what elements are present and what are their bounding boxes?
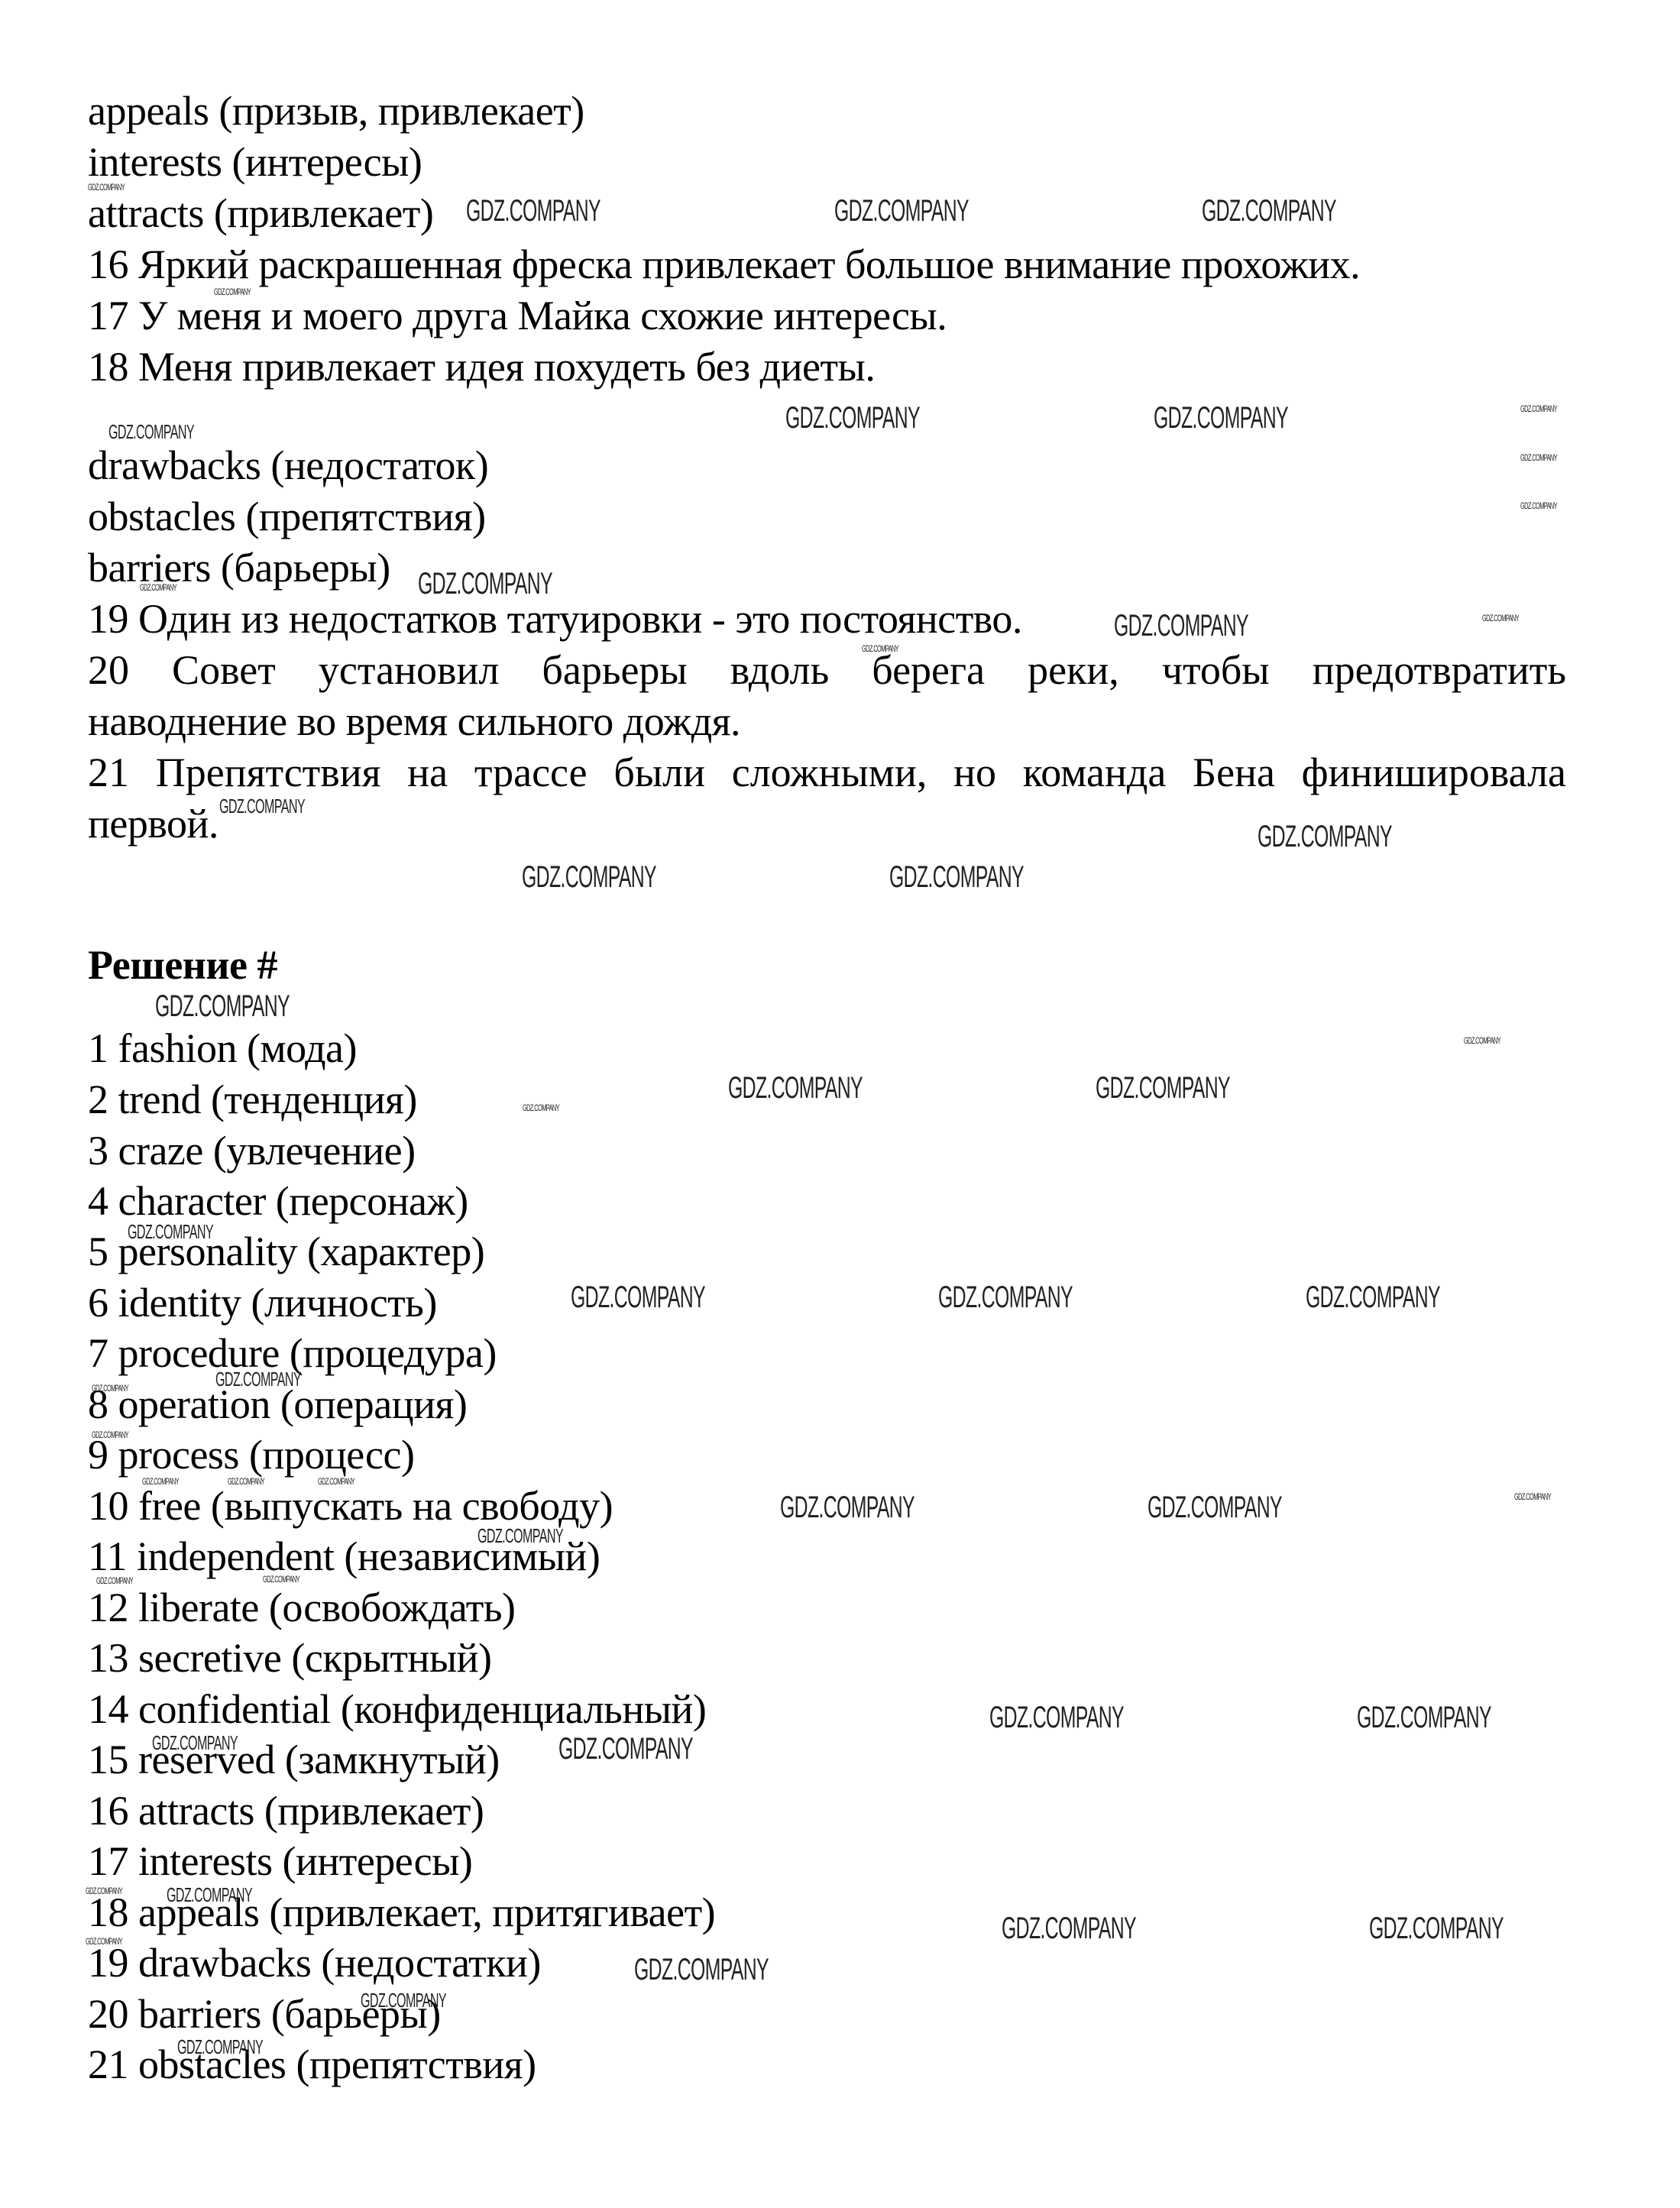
answer-line: 16 attracts (привлекает) — [88, 1786, 484, 1836]
watermark: GDZ.COMPANY — [318, 1476, 354, 1487]
watermark: GDZ.COMPANY — [142, 1476, 179, 1487]
watermark: GDZ.COMPANY — [1306, 1280, 1440, 1315]
document-page: appeals (призыв, привлекает) interests (… — [0, 0, 1680, 2208]
watermark: GDZ.COMPANY — [1482, 613, 1519, 623]
watermark: GDZ.COMPANY — [86, 1936, 122, 1947]
vocab-line: appeals (призыв, привлекает) — [88, 86, 584, 136]
answer-line: 3 craze (увлечение) — [88, 1125, 416, 1176]
watermark: GDZ.COMPANY — [1357, 1701, 1491, 1735]
watermark: GDZ.COMPANY — [889, 860, 1024, 895]
answer-line: 17 interests (интересы) — [88, 1836, 472, 1886]
vocab-line: barriers (барьеры) — [88, 542, 390, 593]
watermark: GDZ.COMPANY — [571, 1280, 705, 1315]
watermark: GDZ.COMPANY — [96, 1575, 133, 1586]
vocab-line: obstacles (препятствия) — [88, 491, 486, 542]
watermark: GDZ.COMPANY — [1202, 194, 1336, 228]
watermark: GDZ.COMPANY — [140, 582, 176, 593]
watermark: GDZ.COMPANY — [418, 567, 552, 601]
watermark: GDZ.COMPANY — [1520, 403, 1557, 414]
section-heading: Решение # — [88, 940, 277, 990]
watermark: GDZ.COMPANY — [86, 1886, 122, 1896]
watermark: GDZ.COMPANY — [1520, 452, 1557, 463]
watermark: GDZ.COMPANY — [1520, 500, 1557, 511]
watermark: GDZ.COMPANY — [523, 1102, 559, 1113]
watermark: GDZ.COMPANY — [88, 182, 125, 193]
answer-line: 15 reserved (замкнутый) — [88, 1734, 500, 1785]
watermark: GDZ.COMPANY — [152, 1731, 238, 1755]
watermark: GDZ.COMPANY — [1002, 1912, 1136, 1946]
watermark: GDZ.COMPANY — [1154, 401, 1288, 435]
answer-line: 13 secretive (скрытный) — [88, 1633, 492, 1683]
watermark: GDZ.COMPANY — [155, 989, 290, 1024]
sentence-line: 19 Один из недостатков татуировки - это … — [88, 594, 1022, 644]
watermark: GDZ.COMPANY — [634, 1953, 769, 1987]
sentence-line: 17 У меня и моего друга Майка схожие инт… — [88, 290, 947, 341]
watermark: GDZ.COMPANY — [785, 401, 920, 435]
answer-line: 6 identity (личность) — [88, 1277, 437, 1328]
watermark: GDZ.COMPANY — [361, 1989, 446, 2012]
sentence-line: 18 Меня привлекает идея похудеть без дие… — [88, 342, 875, 392]
watermark: GDZ.COMPANY — [780, 1491, 914, 1525]
watermark: GDZ.COMPANY — [466, 194, 600, 228]
sentence-line: наводнение во время сильного дождя. — [88, 696, 740, 746]
watermark: GDZ.COMPANY — [219, 795, 305, 818]
watermark: GDZ.COMPANY — [728, 1071, 863, 1106]
sentence-line: 21 Препятствия на трассе были сложными, … — [88, 747, 1566, 798]
watermark: GDZ.COMPANY — [214, 287, 251, 297]
sentence-line: 20 Совет установил барьеры вдоль берега … — [88, 645, 1566, 695]
watermark: GDZ.COMPANY — [1369, 1912, 1504, 1946]
watermark: GDZ.COMPANY — [1258, 820, 1392, 854]
watermark: GDZ.COMPANY — [1148, 1491, 1282, 1525]
vocab-line: drawbacks (недостаток) — [88, 440, 488, 490]
answer-line: 21 obstacles (препятствия) — [88, 2039, 536, 2090]
sentence-line: первой. — [88, 798, 218, 849]
sentence-line: 16 Яркий раскрашенная фреска привлекает … — [88, 239, 1360, 290]
answer-line: 12 liberate (освобождать) — [88, 1582, 516, 1633]
watermark: GDZ.COMPANY — [938, 1280, 1073, 1315]
watermark: GDZ.COMPANY — [1114, 609, 1248, 643]
watermark: GDZ.COMPANY — [108, 420, 194, 444]
watermark: GDZ.COMPANY — [862, 643, 898, 654]
watermark: GDZ.COMPANY — [92, 1383, 128, 1394]
answer-line: 2 trend (тенденция) — [88, 1074, 417, 1125]
answer-line: 9 process (процесс) — [88, 1429, 414, 1480]
watermark: GDZ.COMPANY — [128, 1220, 213, 1244]
watermark: GDZ.COMPANY — [177, 2035, 263, 2059]
watermark: GDZ.COMPANY — [92, 1429, 128, 1440]
watermark: GDZ.COMPANY — [1096, 1071, 1230, 1106]
watermark: GDZ.COMPANY — [558, 1732, 693, 1766]
vocab-line: attracts (привлекает) — [88, 188, 433, 238]
watermark: GDZ.COMPANY — [989, 1701, 1124, 1735]
watermark: GDZ.COMPANY — [215, 1368, 301, 1391]
watermark: GDZ.COMPANY — [522, 860, 656, 895]
watermark: GDZ.COMPANY — [834, 194, 969, 228]
watermark: GDZ.COMPANY — [477, 1524, 563, 1548]
answer-line: 19 drawbacks (недостатки) — [88, 1938, 541, 1988]
watermark: GDZ.COMPANY — [1514, 1491, 1551, 1502]
answer-line: 4 character (персонаж) — [88, 1176, 468, 1226]
watermark: GDZ.COMPANY — [167, 1883, 252, 1907]
answer-line: 1 fashion (мода) — [88, 1023, 357, 1073]
watermark: GDZ.COMPANY — [263, 1574, 299, 1585]
watermark: GDZ.COMPANY — [228, 1476, 264, 1487]
watermark: GDZ.COMPANY — [1464, 1035, 1500, 1046]
answer-line: 14 confidential (конфиденциальный) — [88, 1684, 706, 1734]
vocab-line: interests (интересы) — [88, 137, 422, 187]
